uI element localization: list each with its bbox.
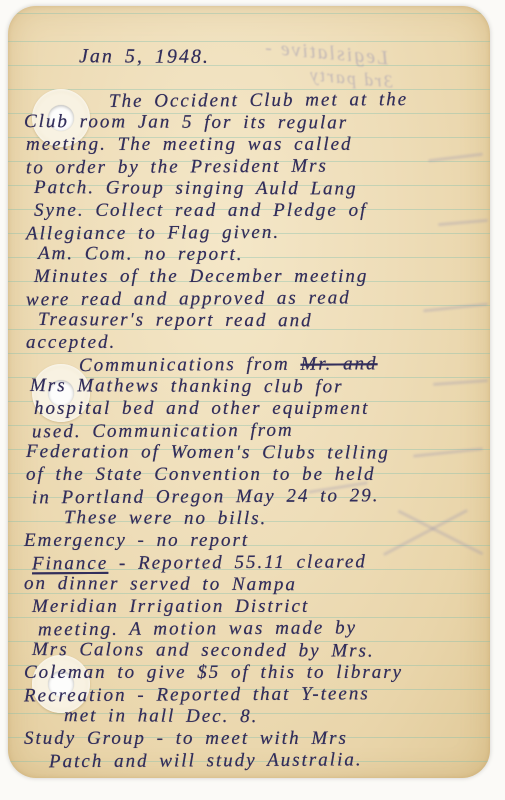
handwritten-text: Syne. Collect read and Pledge of: [34, 200, 367, 221]
handwritten-line: The Occident Club met at the: [24, 89, 484, 114]
notebook-page: Legislative -3rd party Jan 5, 1948. The …: [8, 6, 490, 778]
handwritten-text: Minutes of the December meeting: [34, 266, 368, 287]
handwritten-text: Allegiance to Flag given.: [26, 222, 280, 245]
handwritten-text: Federation of Women's Clubs telling: [26, 441, 390, 464]
handwritten-text: Patch and will study Australia.: [49, 749, 363, 772]
handwritten-line: Recreation - Reported that Y-teens: [24, 683, 484, 708]
handwritten-text: Recreation - Reported that Y-teens: [24, 683, 370, 706]
handwritten-line: meeting. The meeting was called: [24, 134, 484, 156]
handwritten-line: Emergency - no report: [24, 530, 484, 552]
handwritten-line: Syne. Collect read and Pledge of: [24, 200, 484, 222]
handwritten-text: Coleman to give $5 of this to library: [24, 662, 403, 683]
handwritten-text: in Portland Oregon May 24 to 29.: [32, 485, 380, 508]
page-background: Legislative -3rd party Jan 5, 1948. The …: [0, 0, 505, 800]
handwritten-line: on dinner served to Nampa: [24, 573, 484, 597]
handwritten-text: of the State Convention to be held: [26, 464, 376, 485]
handwritten-line: Patch. Group singing Auld Lang: [24, 177, 484, 201]
handwritten-text: met in hall Dec. 8.: [64, 705, 258, 727]
handwritten-line: hospital bed and other equipment: [24, 398, 484, 420]
handwritten-line: Mrs Calons and seconded by Mrs.: [24, 639, 484, 663]
handwritten-text: Study Group - to meet with Mrs: [24, 728, 348, 749]
handwritten-text: to order by the President Mrs: [26, 156, 328, 179]
handwritten-line: Meridian Irrigation District: [24, 596, 484, 618]
handwritten-text: Communications from: [79, 354, 301, 376]
handwritten-line: Federation of Women's Clubs telling: [24, 441, 484, 465]
handwritten-text: Emergency - no report: [24, 530, 249, 551]
handwritten-text: meeting. A motion was made by: [38, 617, 357, 640]
handwritten-text: Mr. and: [300, 353, 377, 374]
handwritten-line: accepted.: [24, 332, 484, 354]
handwritten-line: of the State Convention to be held: [24, 464, 484, 486]
handwritten-line: Communications from Mr. and: [24, 353, 484, 378]
handwritten-line: Mrs Mathews thanking club for: [24, 375, 484, 399]
handwritten-line: Club room Jan 5 for its regular: [24, 111, 484, 135]
handwritten-text: on dinner served to Nampa: [24, 573, 297, 595]
handwritten-line: Coleman to give $5 of this to library: [24, 662, 484, 684]
handwritten-line: Study Group - to meet with Mrs: [24, 728, 484, 750]
handwritten-line: These were no bills.: [24, 507, 484, 531]
handwritten-text: Mrs Mathews thanking club for: [30, 375, 344, 397]
handwritten-line: to order by the President Mrs: [24, 155, 484, 180]
handwritten-text: Finance: [32, 553, 108, 574]
handwritten-line: Patch and will study Australia.: [24, 749, 484, 774]
handwritten-line: Allegiance to Flag given.: [24, 221, 484, 246]
handwritten-text: - Reported 55.11 cleared: [108, 551, 367, 574]
handwritten-text: Patch. Group singing Auld Lang: [34, 177, 358, 199]
handwritten-line: meeting. A motion was made by: [24, 617, 484, 642]
handwritten-line: in Portland Oregon May 24 to 29.: [24, 485, 484, 510]
handwritten-text: Treasurer's report read and: [38, 309, 313, 331]
handwritten-line: [24, 68, 484, 90]
handwritten-text: accepted.: [26, 332, 116, 353]
handwritten-line: Treasurer's report read and: [24, 309, 484, 333]
handwritten-text: were read and approved as read: [26, 287, 351, 310]
handwritten-line: Am. Com. no report.: [24, 243, 484, 267]
handwritten-text: Club room Jan 5 for its regular: [24, 111, 348, 133]
handwritten-text: used. Communication from: [32, 420, 294, 443]
handwriting-block: Jan 5, 1948. The Occident Club met at th…: [8, 6, 490, 778]
handwritten-line: met in hall Dec. 8.: [24, 705, 484, 729]
date-line: Jan 5, 1948.: [24, 45, 484, 69]
handwritten-line: Finance - Reported 55.11 cleared: [24, 551, 484, 576]
handwritten-text: The Occident Club met at the: [109, 89, 408, 112]
handwritten-text: Meridian Irrigation District: [32, 596, 309, 617]
handwritten-line: were read and approved as read: [24, 287, 484, 312]
handwritten-line: Minutes of the December meeting: [24, 266, 484, 288]
handwritten-text: Am. Com. no report.: [38, 243, 244, 265]
handwritten-line: used. Communication from: [24, 419, 484, 444]
handwritten-text: meeting. The meeting was called: [26, 134, 353, 155]
handwritten-text: These were no bills.: [64, 507, 267, 529]
handwritten-text: Jan 5, 1948.: [79, 45, 210, 68]
handwritten-text: Mrs Calons and seconded by Mrs.: [32, 639, 375, 661]
handwritten-text: hospital bed and other equipment: [34, 398, 369, 419]
